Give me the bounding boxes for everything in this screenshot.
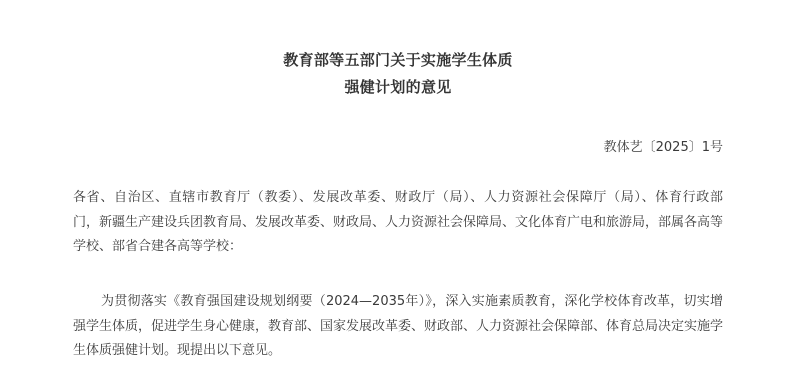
body-paragraph: 为贯彻落实《教育强国建设规划纲要（2024—2035年）》，深入实施素质教育，深… xyxy=(73,290,723,364)
addressee-line: 门，新疆生产建设兵团教育局、发展改革委、财政局、人力资源社会保障局、文化体育广电… xyxy=(73,211,723,236)
document-title-line-1: 教育部等五部门关于实施学生体质 xyxy=(73,45,723,75)
document-number: 教体艺〔2025〕1号 xyxy=(604,138,723,158)
body-line: 强学生体质，促进学生身心健康，教育部、国家发展改革委、财政部、人力资源社会保障部… xyxy=(73,315,723,340)
document-title-line-2: 强健计划的意见 xyxy=(73,72,723,102)
body-line: 生体质强健计划。现提出以下意见。 xyxy=(73,339,723,364)
addressee-paragraph: 各省、自治区、直辖市教育厅（教委）、发展改革委、财政厅（局）、人力资源社会保障厅… xyxy=(73,186,723,260)
addressee-line: 各省、自治区、直辖市教育厅（教委）、发展改革委、财政厅（局）、人力资源社会保障厅… xyxy=(73,186,723,211)
addressee-line: 学校、部省合建各高等学校： xyxy=(73,235,723,260)
body-line: 为贯彻落实《教育强国建设规划纲要（2024—2035年）》，深入实施素质教育，深… xyxy=(73,290,723,315)
